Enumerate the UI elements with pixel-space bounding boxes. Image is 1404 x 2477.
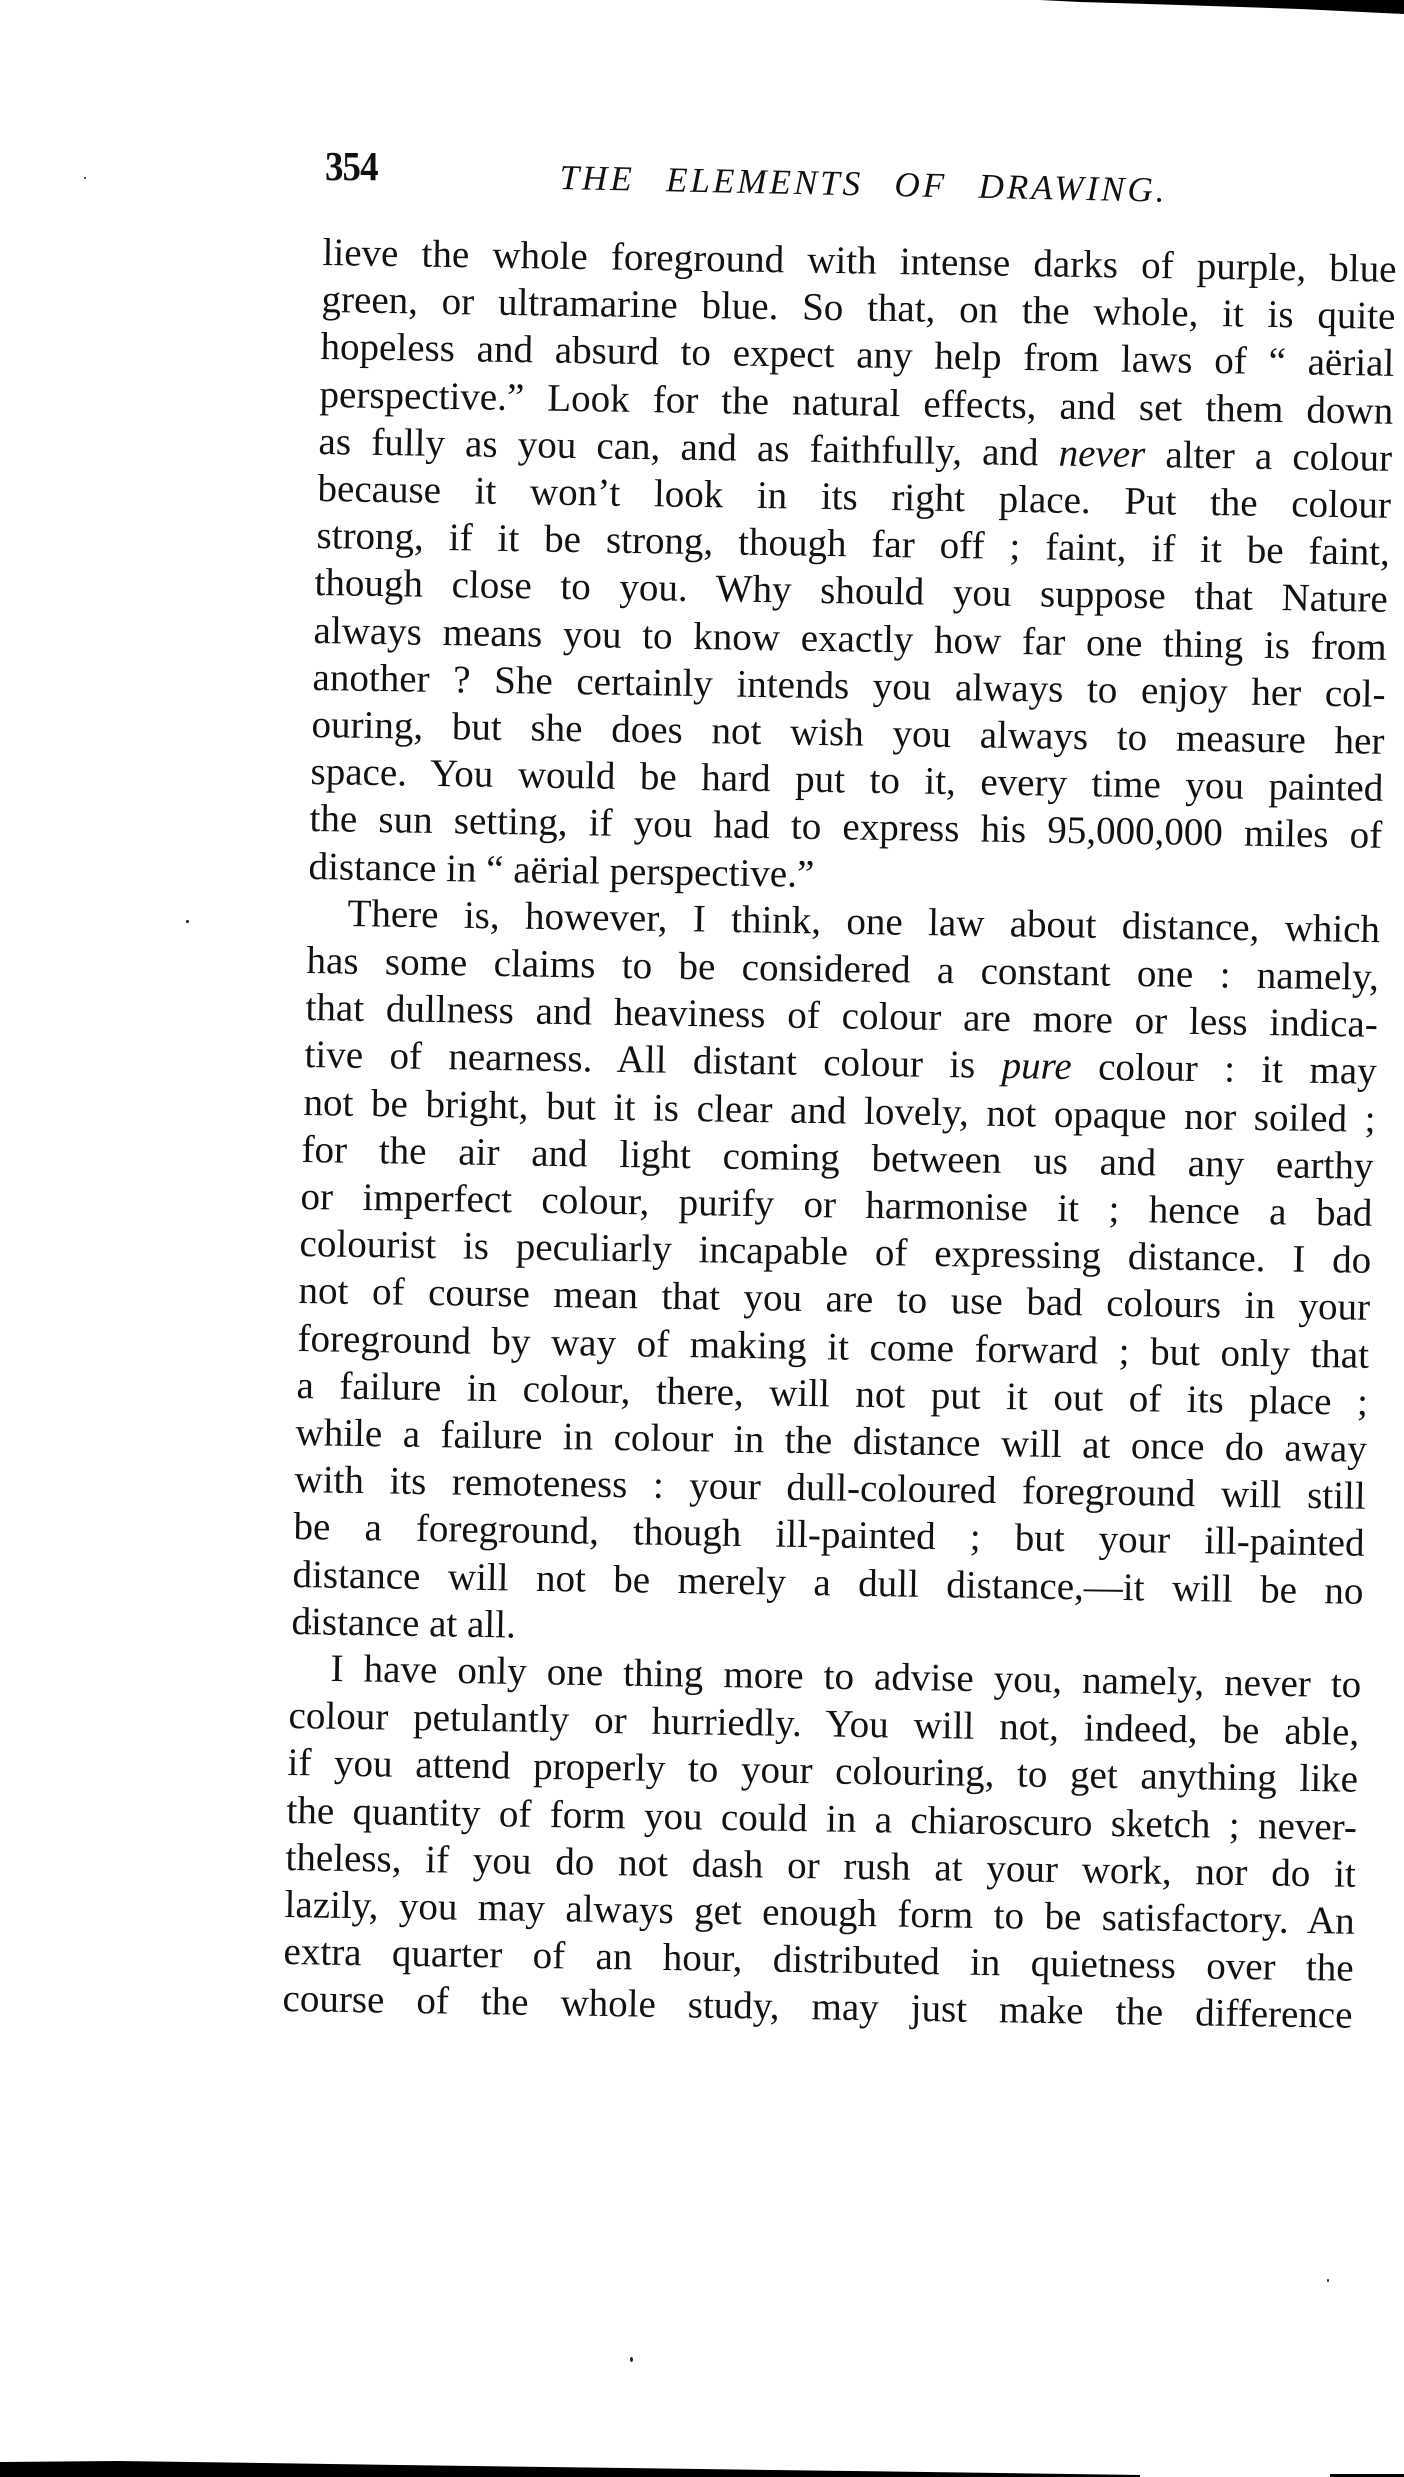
text-segment: alter a colour bbox=[1145, 433, 1392, 480]
italic-text: pure bbox=[1001, 1044, 1072, 1088]
body-text: lieve the whole foreground with intense … bbox=[0, 0, 1404, 2477]
text-segment: distance at all. bbox=[291, 1600, 516, 1647]
text-segment: tive of nearness. All distant colour is bbox=[304, 1033, 1002, 1087]
text-segment: colour : it may bbox=[1071, 1045, 1377, 1093]
text-segment: distance in “ aërial perspective.” bbox=[308, 845, 814, 896]
text-line: distance at all. bbox=[291, 1598, 516, 1650]
book-page: 354 THE ELEMENTS OF DRAWING. lieve the w… bbox=[0, 0, 1404, 2477]
italic-text: never bbox=[1058, 431, 1145, 475]
